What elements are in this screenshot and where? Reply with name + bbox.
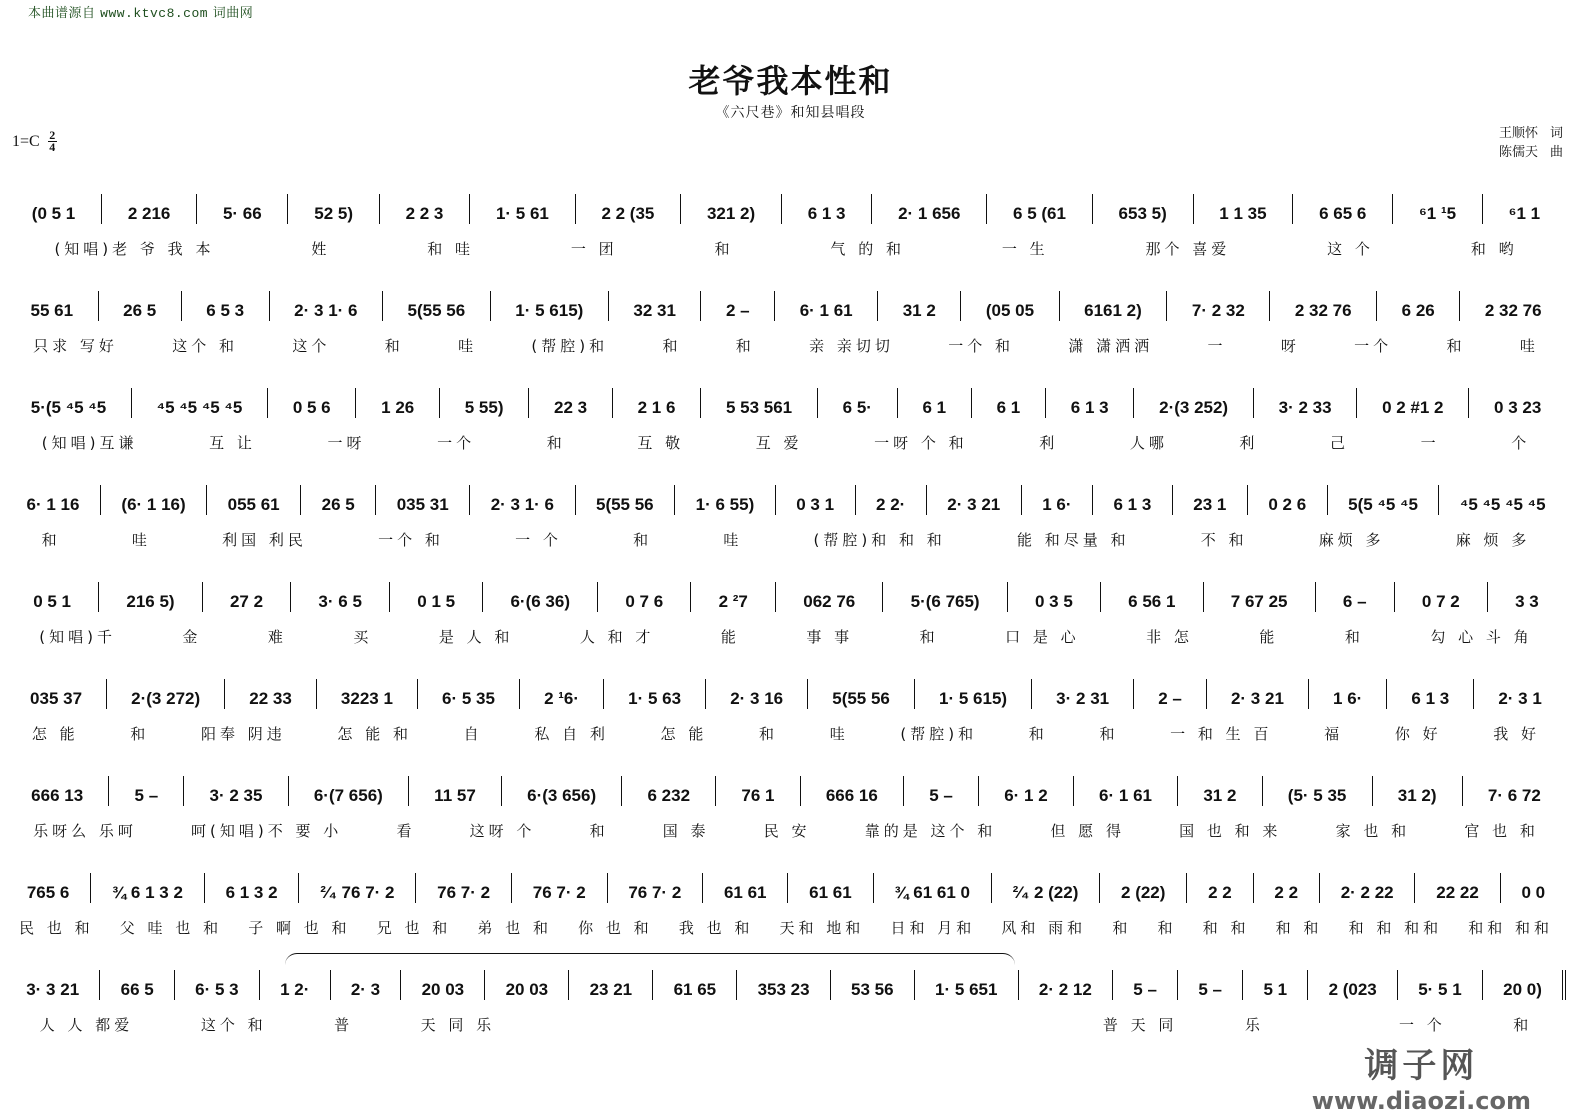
lyric-phrase: 和 [1419, 335, 1492, 359]
lyric-phrase: 一个 [401, 432, 511, 456]
lyric-phrase: 这个 和 [145, 335, 265, 359]
lyric-phrase: 和 [597, 529, 687, 553]
measure: 26 5 [99, 291, 182, 321]
lyric-phrase: 亲 亲切切 [782, 335, 921, 359]
measure: 6· 1 16 [6, 485, 101, 515]
measure: (6· 1 16) [101, 485, 207, 515]
lyric-phrase: 和 [886, 626, 971, 650]
notation-line: 55 6126 56 5 32· 3 1· 65(55 561· 5 615)3… [6, 287, 1566, 321]
lyric-phrase: 是 人 和 [406, 626, 547, 650]
lyric-phrase: (知唱)千 [6, 626, 149, 650]
lyric-phrase: 天和 地和 [766, 917, 877, 941]
measure: 5(55 56 [383, 291, 491, 321]
time-signature: 2 4 [48, 130, 57, 153]
measure: 76 7· 2 [608, 873, 704, 903]
lyric-phrase: 这呀 个 [443, 820, 563, 844]
measure: 1· 5 651 [915, 970, 1019, 1000]
measure: 66 5 [100, 970, 175, 1000]
lyric-phrase: (知唱)互谦 [6, 432, 173, 456]
measure: 61 61 [703, 873, 788, 903]
lyric-phrase: 怎 能 [635, 723, 733, 747]
lyric-phrase: 和 [6, 529, 96, 553]
measure: 3· 2 35 [184, 776, 288, 806]
measure: 1 26 [356, 388, 440, 418]
measure: 2· 2 12 [1019, 970, 1113, 1000]
lyric-phrase: 一 [1180, 335, 1253, 359]
lyrics-line: 和哇利国 利民一个 和一 个和哇(帮腔)和 和 和能 和尽量 和不 和麻烦 多麻… [6, 529, 1566, 553]
lyric-phrase: 家 也 和 [1309, 820, 1438, 844]
measure: 6· 1 61 [1074, 776, 1178, 806]
measure: 6 – [1316, 582, 1395, 612]
lyric-phrase: 乐 [1211, 1014, 1298, 1038]
lyric-phrase: 一呀 [292, 432, 402, 456]
measure: 6 5· [818, 388, 898, 418]
measure: 20 0) [1483, 970, 1566, 1000]
measure: 0 1 5 [390, 582, 483, 612]
measure: 2 1 6 [613, 388, 701, 418]
measure: 5·(6 765) [883, 582, 1007, 612]
measure: 61 65 [653, 970, 737, 1000]
measure: ²⁄₄ 2 (22) [992, 873, 1100, 903]
lyric-phrase: 人 和 才 [547, 626, 688, 650]
lyric-phrase: 和 [1144, 917, 1189, 941]
lyric-phrase: 和 哟 [1422, 238, 1566, 262]
lyric-phrase [664, 1014, 732, 1038]
lyric-phrase: 靠的是 这个 和 [838, 820, 1024, 844]
lyric-phrase: 一 [1385, 432, 1476, 456]
measure: (0 5 1 [6, 194, 102, 224]
measure: 23 1 [1173, 485, 1248, 515]
notation-line: 5·(5 ⁴5 ⁴5⁴5 ⁴5 ⁴5 ⁴50 5 61 265 55)22 32… [6, 384, 1566, 418]
lyric-phrase: 金 [149, 626, 234, 650]
measure: 6· 1 61 [775, 291, 878, 321]
lyric-phrase [867, 1014, 935, 1038]
measure: 1· 6 55) [675, 485, 776, 515]
measure: 765 6 [6, 873, 91, 903]
measure: 20 03 [401, 970, 485, 1000]
lyric-phrase: 利 [1003, 432, 1094, 456]
measure: 1 1 35 [1194, 194, 1294, 224]
lyric-phrase: 福 [1298, 723, 1369, 747]
lyric-phrase: 风和 雨和 [988, 917, 1099, 941]
measure: 3 3 [1488, 582, 1566, 612]
measure: 0 3 5 [1008, 582, 1101, 612]
measure: ¾ 61 61 0 [874, 873, 992, 903]
measure: 6·(6 36) [483, 582, 598, 612]
notation-line: 6· 1 16(6· 1 16)055 6126 5035 312· 3 1· … [6, 481, 1566, 515]
lyric-phrase [1298, 1014, 1366, 1038]
measure: 062 76 [776, 582, 883, 612]
lyrics-line: 人 人 都爱这个 和普天 同 乐普 天 同乐一 个和 [6, 1014, 1566, 1038]
lyric-phrase: 和和 和和 [1455, 917, 1566, 941]
lyric-phrase: 哇 [804, 723, 875, 747]
measure: 2 2 3 [380, 194, 470, 224]
measure: 31 2 [878, 291, 961, 321]
lyric-phrase: 自 [438, 723, 509, 747]
measure: 2· 3 [331, 970, 402, 1000]
measure: 7 67 25 [1204, 582, 1316, 612]
lyric-phrase: 普 [300, 1014, 387, 1038]
notation-line: 035 372·(3 272)22 333223 16· 5 352 ¹6·1·… [6, 675, 1566, 709]
measure: 76 7· 2 [416, 873, 512, 903]
measure: 27 2 [203, 582, 291, 612]
measure: ¾ 6 1 3 2 [91, 873, 205, 903]
lyrics-line: 怎 能和阳奉 阴违怎 能 和自私 自 利怎 能和哇(帮腔)和和和一 和 生 百福… [6, 723, 1566, 747]
measure: 0 0 [1501, 873, 1566, 903]
score-system: 3· 3 2166 56· 5 31 2·2· 320 0320 0323 21… [6, 966, 1566, 1038]
lyric-phrase: 你 也 和 [565, 917, 666, 941]
measure: 3· 2 33 [1254, 388, 1357, 418]
lyric-phrase: 互 让 [173, 432, 291, 456]
measure: 23 21 [569, 970, 653, 1000]
measure: 5 53 561 [701, 388, 818, 418]
score-system: 765 6¾ 6 1 3 26 1 3 2²⁄₄ 76 7· 276 7· 27… [6, 869, 1566, 941]
lyric-phrase: 民 也 和 [6, 917, 107, 941]
measure: 2· 3 1· 6 [470, 485, 575, 515]
lyric-phrase: 难 [235, 626, 320, 650]
lyric-phrase [596, 1014, 664, 1038]
measure: 6 1 3 [1387, 679, 1474, 709]
lyric-phrase: 和 [709, 335, 782, 359]
lyric-phrase: 和 [358, 335, 431, 359]
lyric-phrase [934, 1014, 1002, 1038]
lyric-phrase: 这个 和 [167, 1014, 300, 1038]
lyric-phrase: 和 和 [1190, 917, 1263, 941]
measure: 0 3 1 [776, 485, 856, 515]
measure: 2 – [1134, 679, 1207, 709]
measure: 2· 1 656 [872, 194, 987, 224]
lyric-phrase [799, 1014, 867, 1038]
measure: 6· 1 2 [979, 776, 1074, 806]
measure: 2 – [701, 291, 775, 321]
measure: 1· 5 61 [470, 194, 576, 224]
lyric-phrase: 潇 潇洒洒 [1041, 335, 1180, 359]
lyric-phrase: 姓 [263, 238, 379, 262]
lyric-phrase: 和 [1099, 917, 1144, 941]
lyric-phrase: 和 哇 [379, 238, 523, 262]
measure: 2 32 76 [1460, 291, 1566, 321]
measure: 5(55 56 [808, 679, 915, 709]
measure: 5· 5 1 [1398, 970, 1483, 1000]
source-suffix: 词曲网 [213, 6, 254, 21]
credits: 王顺怀 词 陈儒天 曲 [1499, 124, 1563, 162]
measure: (5· 5 35 [1263, 776, 1373, 806]
score-system: 035 372·(3 272)22 333223 16· 5 352 ¹6·1·… [6, 675, 1566, 747]
measure: 5(55 56 [576, 485, 676, 515]
source-prefix: 本曲谱源自 [28, 6, 96, 21]
notation-line: 666 135 –3· 2 356·(7 656)11 576·(3 656)6… [6, 772, 1566, 806]
measure: ⁶1 1 [1483, 194, 1566, 224]
score-system: 6· 1 16(6· 1 16)055 6126 5035 312· 3 1· … [6, 481, 1566, 553]
lyrics-line: (知唱)互谦互 让一呀一个和互 敬互 爱一呀 个 和利人哪利己一个 [6, 432, 1566, 456]
lyric-phrase: 和 [1074, 723, 1145, 747]
notation-line: 3· 3 2166 56· 5 31 2·2· 320 0320 0323 21… [6, 966, 1566, 1000]
measure: 2 (023 [1308, 970, 1398, 1000]
measure: 6 5 (61 [987, 194, 1093, 224]
measure: 76 1 [716, 776, 800, 806]
measure: 2· 3 21 [1207, 679, 1309, 709]
measure: 5·(5 ⁴5 ⁴5 [6, 388, 132, 418]
lyric-phrase: 我 好 [1467, 723, 1565, 747]
measure: 1 2· [260, 970, 331, 1000]
lyric-phrase: 口 是 心 [972, 626, 1113, 650]
lyrics-line: 只求 写好这个 和这个和哇(帮腔)和和和亲 亲切切一个 和潇 潇洒洒一呀一个和哇 [6, 335, 1566, 359]
lyric-phrase: 一 个 [1365, 1014, 1479, 1038]
measure: 52 5) [288, 194, 379, 224]
measure: 2· 3 21 [927, 485, 1022, 515]
measure: 6·(7 656) [289, 776, 409, 806]
measure: 2 2 [1187, 873, 1253, 903]
lyric-phrase: 哇 [96, 529, 186, 553]
measure: 6 56 1 [1101, 582, 1204, 612]
measure: 0 3 23 [1469, 388, 1566, 418]
lyric-phrase: 阳奉 阴违 [175, 723, 311, 747]
measure: 0 5 1 [6, 582, 99, 612]
lyric-phrase: 官 也 和 [1437, 820, 1566, 844]
lyric-phrase: 麻 烦 多 [1420, 529, 1566, 553]
lyric-phrase: 和 和 和和 [1335, 917, 1455, 941]
measure: 2 (22) [1100, 873, 1187, 903]
measure: 0 2 6 [1248, 485, 1328, 515]
notation-line: (0 5 12 2165· 6652 5)2 2 31· 5 612 2 (35… [6, 190, 1566, 224]
lyrics-line: 民 也 和父 哇 也 和子 啊 也 和兄 也 和弟 也 和你 也 和我 也 和天… [6, 917, 1566, 941]
lyric-phrase: 个 [1475, 432, 1566, 456]
measure: 6 5 3 [182, 291, 270, 321]
lyric-phrase: 只求 写好 [6, 335, 145, 359]
measure: 1· 5 63 [604, 679, 706, 709]
measure: 035 31 [376, 485, 470, 515]
lyric-phrase: 一个 [1327, 335, 1419, 359]
lyric-phrase: 日和 月和 [877, 917, 988, 941]
score-system: 0 5 1216 5)27 23· 6 50 1 56·(6 36)0 7 62… [6, 578, 1566, 650]
lyrics-line: (知唱)老 爷 我 本姓和 哇一 团和气 的 和一 生那个 喜爱这 个和 哟 [6, 238, 1566, 262]
measure: 1 6· [1309, 679, 1387, 709]
measure: 5· 66 [197, 194, 288, 224]
measure: 6 1 3 [782, 194, 872, 224]
lyric-phrase: 能 [1226, 626, 1311, 650]
lyric-phrase: 利 [1204, 432, 1295, 456]
measure: 2 ²7 [691, 582, 776, 612]
score-subtitle: 《六尺巷》和知县唱段 [0, 102, 1581, 122]
lyric-phrase: 一呀 个 和 [838, 432, 1003, 456]
measure: 035 37 [6, 679, 107, 709]
measure: 76 7· 2 [512, 873, 608, 903]
measure: 2 32 76 [1270, 291, 1377, 321]
lyric-phrase [1002, 1014, 1070, 1038]
lyric-phrase: 弟 也 和 [464, 917, 565, 941]
lyric-phrase: 一个 和 [342, 529, 479, 553]
measure: (05 05 [961, 291, 1059, 321]
measure: 5 – [904, 776, 979, 806]
lyric-phrase: 和 [733, 723, 804, 747]
measure: 5 1 [1243, 970, 1308, 1000]
score-system: 55 6126 56 5 32· 3 1· 65(55 561· 5 615)3… [6, 287, 1566, 359]
lyric-phrase: 哇 [1493, 335, 1566, 359]
notation-line: 0 5 1216 5)27 23· 6 50 1 56·(6 36)0 7 62… [6, 578, 1566, 612]
lyric-phrase: 能 [688, 626, 773, 650]
measure: 2· 3 16 [706, 679, 808, 709]
lyric-phrase: 乐呀么 乐呵 [6, 820, 164, 844]
lyric-phrase: 和 和 [1263, 917, 1336, 941]
source-url[interactable]: www.ktvc8.com [100, 6, 208, 21]
measure: 22 3 [529, 388, 613, 418]
measure: 3· 3 21 [6, 970, 100, 1000]
measure: 0 2 #1 2 [1357, 388, 1469, 418]
lyric-phrase: 一 个 [479, 529, 597, 553]
measure: 22 33 [225, 679, 317, 709]
lyric-phrase [529, 1014, 597, 1038]
notation-line: 765 6¾ 6 1 3 26 1 3 2²⁄₄ 76 7· 276 7· 27… [6, 869, 1566, 903]
lyric-phrase: 一 生 [953, 238, 1097, 262]
measure: 1· 5 615) [915, 679, 1032, 709]
measure: 53 56 [831, 970, 915, 1000]
measure: 6 1 [898, 388, 972, 418]
lyric-phrase: 能 和尽量 和 [981, 529, 1165, 553]
key-signature: 1=C 2 4 [12, 130, 57, 153]
measure: 6 1 3 [1046, 388, 1134, 418]
lyric-phrase: 哇 [688, 529, 778, 553]
measure: 7· 2 32 [1167, 291, 1270, 321]
lyric-phrase: 一 和 生 百 [1144, 723, 1298, 747]
measure: 11 57 [409, 776, 502, 806]
measure: 055 61 [207, 485, 301, 515]
lyric-phrase: 怎 能 [6, 723, 104, 747]
lyric-phrase: 但 愿 得 [1023, 820, 1152, 844]
measure: 2 2 (35 [576, 194, 682, 224]
measure: 6 1 3 2 [205, 873, 300, 903]
score-system: 666 135 –3· 2 356·(7 656)11 576·(3 656)6… [6, 772, 1566, 844]
watermark-cn: 调子网 [1312, 1038, 1531, 1087]
lyric-phrase: 勾 心 斗 角 [1397, 626, 1566, 650]
lyric-phrase: 民 安 [737, 820, 838, 844]
measure: 3223 1 [317, 679, 418, 709]
lyric-phrase: 呵(知唱)不 要 小 [164, 820, 369, 844]
measure: 5(5 ⁴5 ⁴5 [1328, 485, 1440, 515]
lyrics-line: 乐呀么 乐呵呵(知唱)不 要 小看这呀 个和国 泰民 安靠的是 这个 和但 愿 … [6, 820, 1566, 844]
measure: ⁴5 ⁴5 ⁴5 ⁴5 [1439, 485, 1566, 515]
measure: ²⁄₄ 76 7· 2 [299, 873, 416, 903]
measure: 2 2 [1254, 873, 1320, 903]
credit-composer: 陈儒天 曲 [1499, 143, 1563, 162]
measure: 666 16 [801, 776, 904, 806]
lyric-phrase: 我 也 和 [666, 917, 767, 941]
lyric-phrase: 己 [1294, 432, 1385, 456]
lyric-phrase: 气 的 和 [782, 238, 953, 262]
lyric-phrase: 和 [104, 723, 175, 747]
lyric-phrase: 一个 和 [921, 335, 1041, 359]
long-slur [285, 953, 1015, 968]
measure: 6 26 [1377, 291, 1460, 321]
lyric-phrase: 一 团 [522, 238, 666, 262]
measure: 3· 6 5 [291, 582, 390, 612]
lyric-phrase: 事 事 [773, 626, 886, 650]
measure: 2· 2 22 [1320, 873, 1416, 903]
measure: 353 23 [737, 970, 830, 1000]
measure: 5 – [1178, 970, 1243, 1000]
lyric-phrase: 国 泰 [636, 820, 737, 844]
lyric-phrase: 你 好 [1369, 723, 1467, 747]
lyric-phrase: 子 啊 也 和 [235, 917, 363, 941]
lyric-phrase: 私 自 利 [509, 723, 635, 747]
lyric-phrase: (知唱)老 爷 我 本 [6, 238, 263, 262]
measure: 6· 5 3 [175, 970, 260, 1000]
measure: 31 2 [1178, 776, 1262, 806]
measure: 2· 3 1 [1474, 679, 1566, 709]
measure: 5 55) [440, 388, 529, 418]
lyrics-line: (知唱)千金难买是 人 和人 和 才能事 事和口 是 心非 怎能和勾 心 斗 角 [6, 626, 1566, 650]
measure: 321 2) [681, 194, 782, 224]
lyric-phrase: 怎 能 和 [312, 723, 438, 747]
measure: 6·(3 656) [502, 776, 622, 806]
measure: 2· 3 1· 6 [270, 291, 383, 321]
measure: 1· 5 615) [491, 291, 609, 321]
measure: 32 31 [609, 291, 702, 321]
score-system: (0 5 12 2165· 6652 5)2 2 31· 5 612 2 (35… [6, 190, 1566, 262]
measure: 6 232 [622, 776, 716, 806]
lyric-phrase: 呀 [1254, 335, 1327, 359]
measure: 20 03 [485, 970, 569, 1000]
lyric-phrase: 这 个 [1279, 238, 1423, 262]
lyric-phrase: 普 天 同 [1069, 1014, 1211, 1038]
measure: 666 13 [6, 776, 109, 806]
key-label: 1=C [12, 133, 40, 151]
source-line: 本曲谱源自 www.ktvc8.com 词曲网 [28, 2, 253, 21]
measure: 0 5 6 [268, 388, 356, 418]
measure: 5 – [1113, 970, 1178, 1000]
measure: 6 65 6 [1293, 194, 1393, 224]
lyric-phrase: 利国 利民 [186, 529, 342, 553]
measure: 3· 2 31 [1032, 679, 1134, 709]
lyric-phrase: 和 [511, 432, 602, 456]
measure: 55 61 [6, 291, 99, 321]
lyric-phrase: 那个 喜爱 [1097, 238, 1279, 262]
measure: 1 6· [1022, 485, 1093, 515]
lyric-phrase: 兄 也 和 [364, 917, 465, 941]
lyric-phrase: 互 爱 [720, 432, 838, 456]
lyric-phrase: 麻烦 多 [1283, 529, 1420, 553]
lyric-phrase: 和 [1312, 626, 1397, 650]
measure: 2 216 [102, 194, 197, 224]
measure: 6· 5 35 [418, 679, 520, 709]
measure: 5 – [109, 776, 184, 806]
measure: 61 61 [788, 873, 873, 903]
measure: 6 1 [972, 388, 1046, 418]
lyric-phrase: 非 怎 [1113, 626, 1226, 650]
measure: 6161 2) [1060, 291, 1168, 321]
lyric-phrase: 和 [563, 820, 636, 844]
measure: 216 5) [99, 582, 203, 612]
measure: 6 1 3 [1093, 485, 1173, 515]
lyric-phrase: 人 人 都爱 [6, 1014, 167, 1038]
lyric-phrase: 买 [320, 626, 405, 650]
lyric-phrase: 和 [1479, 1014, 1566, 1038]
lyric-phrase: 这个 [265, 335, 357, 359]
watermark: 调子网 www.diaozi.com [1312, 1038, 1531, 1115]
lyric-phrase: (帮腔)和 [875, 723, 1003, 747]
lyric-phrase: (帮腔)和 和 和 [778, 529, 981, 553]
score-title: 老爷我本性和 [0, 56, 1581, 102]
lyric-phrase: 和 [635, 335, 708, 359]
measure: 31 2) [1373, 776, 1463, 806]
measure: 0 7 6 [598, 582, 691, 612]
lyric-phrase: 看 [369, 820, 442, 844]
measure: 2·(3 252) [1134, 388, 1254, 418]
credit-lyricist: 王顺怀 词 [1499, 124, 1563, 143]
lyric-phrase [732, 1014, 800, 1038]
lyric-phrase: 和 [1003, 723, 1074, 747]
score-system: 5·(5 ⁴5 ⁴5⁴5 ⁴5 ⁴5 ⁴50 5 61 265 55)22 32… [6, 384, 1566, 456]
lyric-phrase: 和 [666, 238, 782, 262]
